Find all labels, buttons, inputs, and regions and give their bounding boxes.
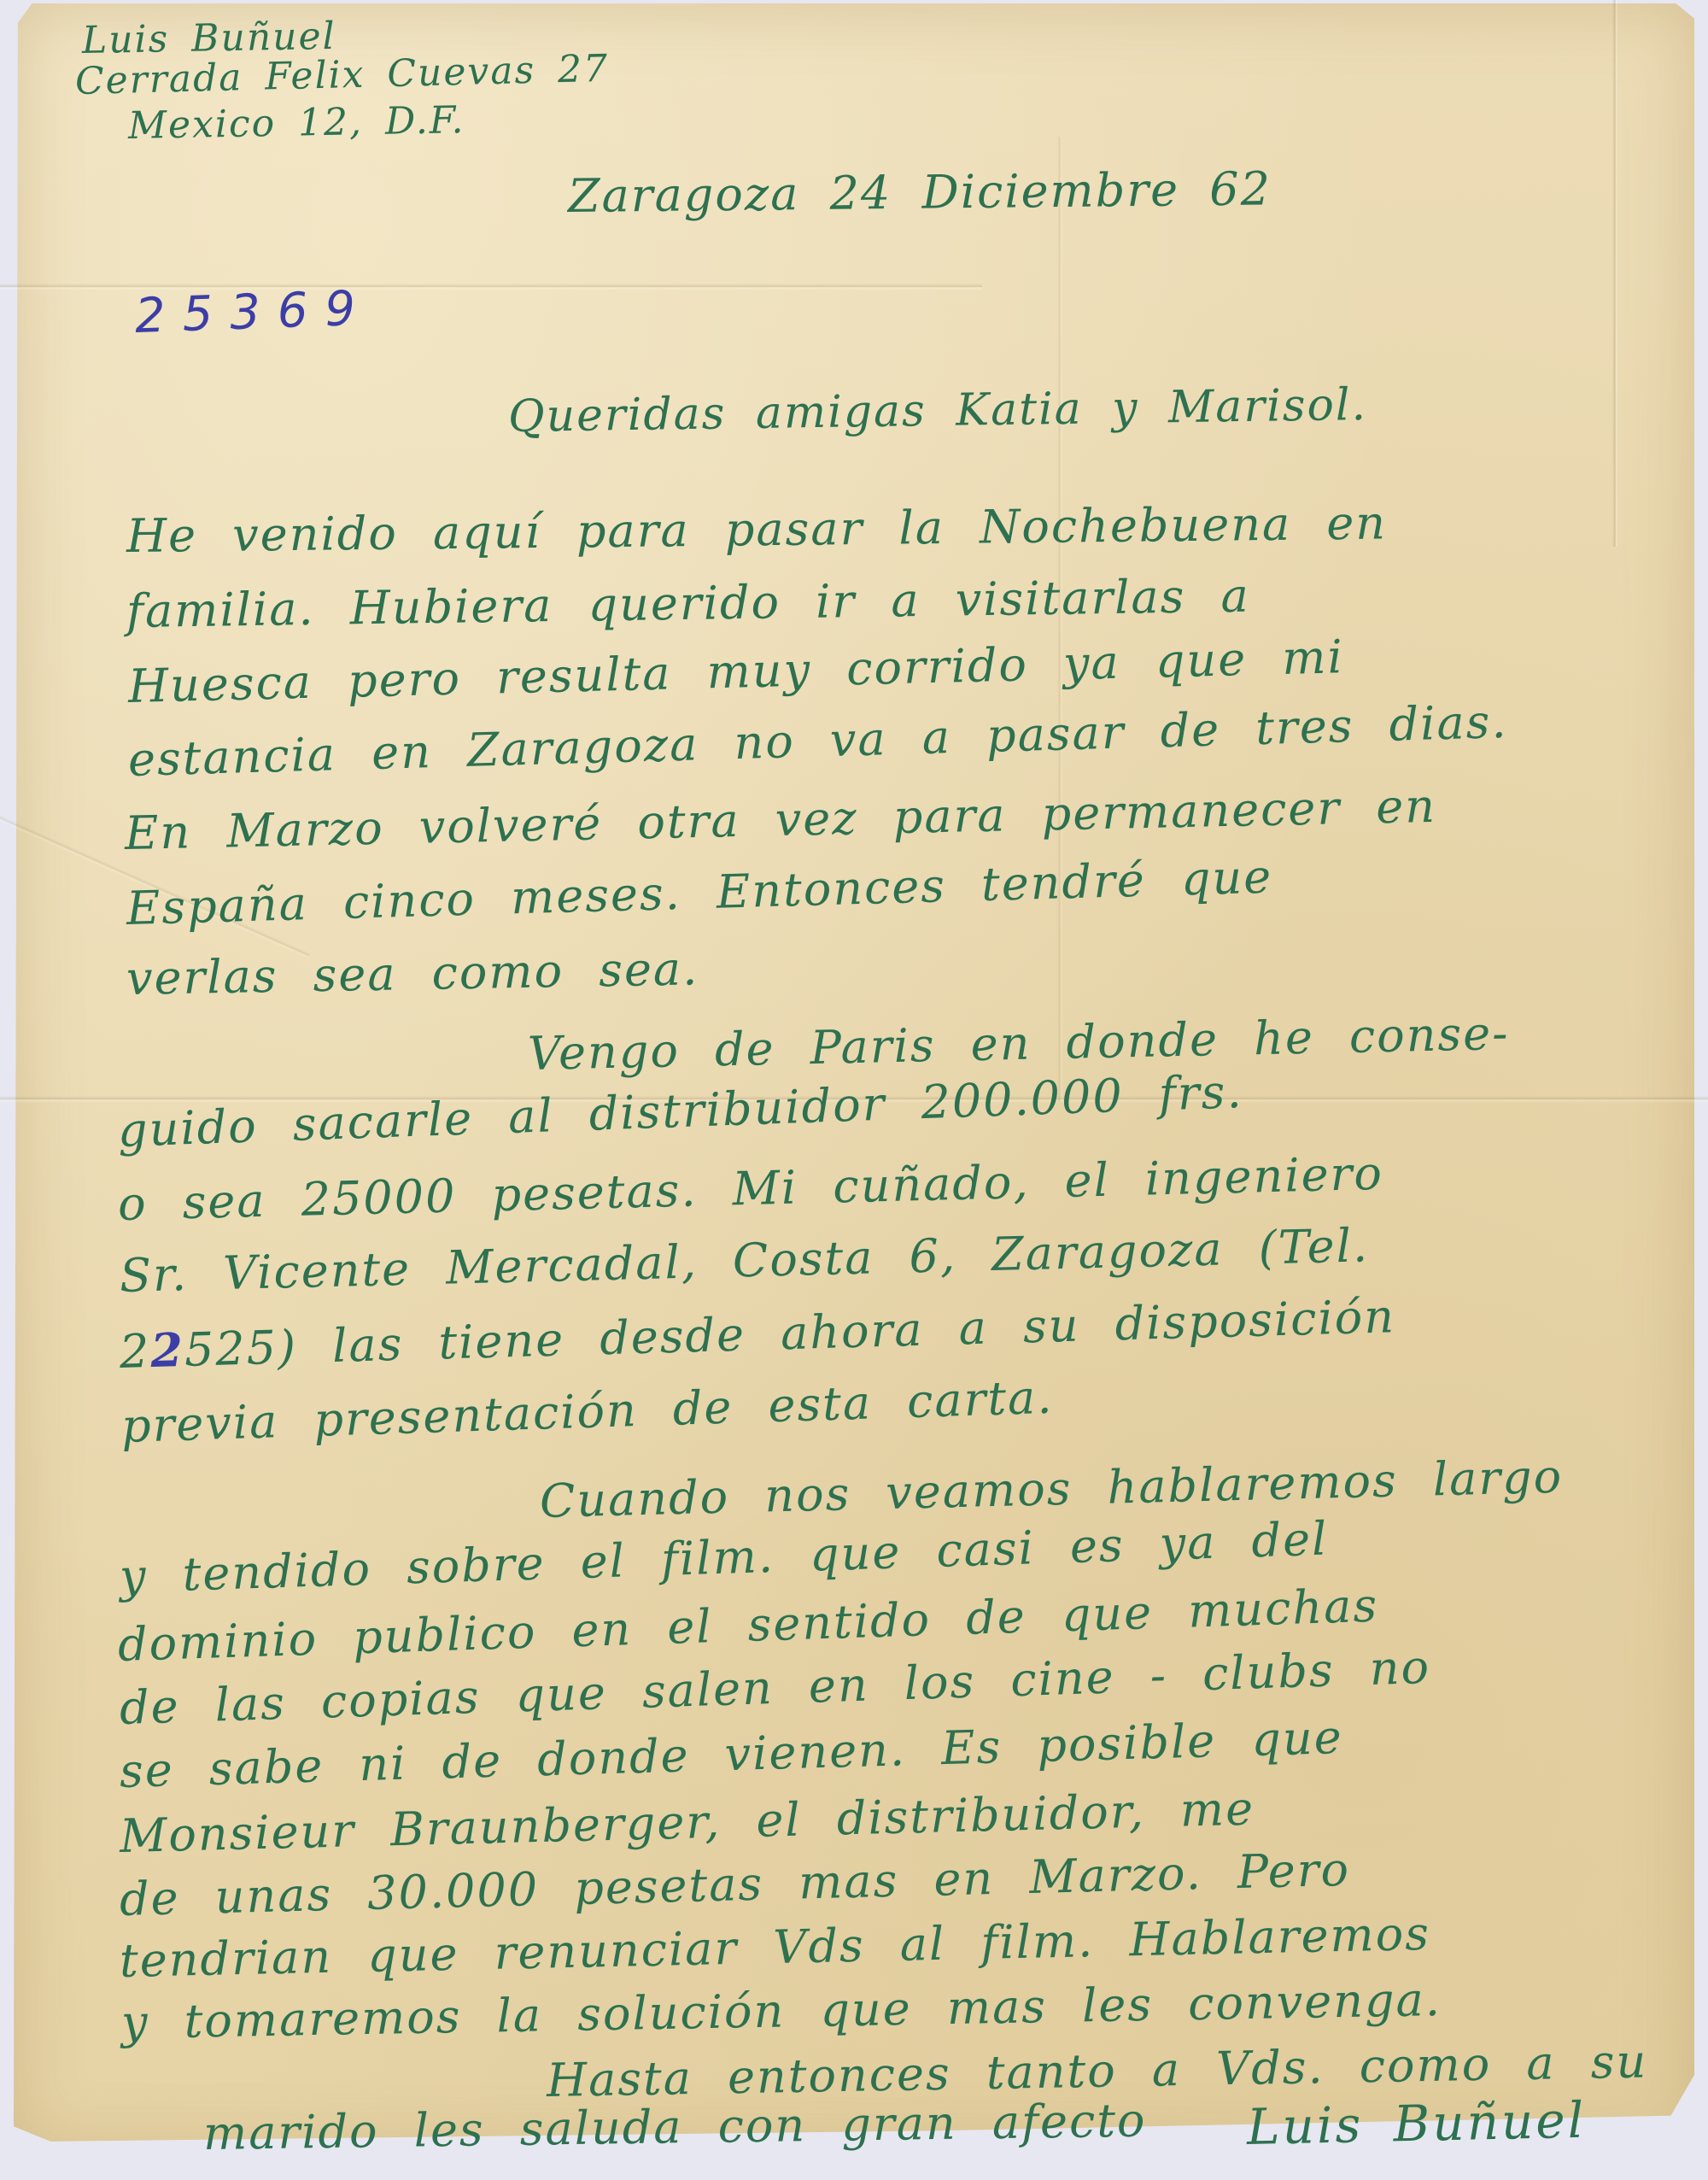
archive-number: 25369 xyxy=(134,280,373,344)
letter-line: He venido aquí para pasar la Nochebuena … xyxy=(126,496,1388,563)
scanned-letter: Luis Buñuel Cerrada Felix Cuevas 27 Mexi… xyxy=(0,0,1708,2180)
letter-line: o sea 25000 pesetas. Mi cuñado, el ingen… xyxy=(117,1146,1383,1231)
tel-green-rest: 525) las tiene desde ahora a su disposic… xyxy=(184,1289,1396,1377)
letter-line: familia. Hubiera querido ir a visitarlas… xyxy=(126,569,1251,638)
sender-city-line: Mexico 12, D.F. xyxy=(128,98,465,148)
tel-green-start: 2 xyxy=(119,1324,151,1379)
letter-line: guido sacarle al distribuidor 200.000 fr… xyxy=(117,1064,1244,1157)
salutation: Queridas amigas Katia y Marisol. xyxy=(508,379,1368,442)
letter-line: España cinco meses. Entonces tendré que xyxy=(126,850,1273,935)
letter-line: Cuando nos veamos hablaremos largo xyxy=(539,1450,1564,1528)
letter-line: Sr. Vicente Mercadal, Costa 6, Zaragoza … xyxy=(119,1218,1369,1303)
signature: Luis Buñuel xyxy=(1246,2091,1587,2156)
letter-line: Huesca pero resulta muy corrido ya que m… xyxy=(127,630,1344,713)
letter-line: y tomaremos la solución que mas les conv… xyxy=(120,1972,1442,2049)
letter-line: marido les saluda con gran afecto xyxy=(203,2094,1147,2160)
letter-line: En Marzo volveré otra vez para permanece… xyxy=(124,779,1436,860)
letter-line: verlas sea como sea. xyxy=(126,941,699,1005)
tel-blue-overwrite-digit: 2 xyxy=(149,1322,184,1378)
letter-line: previa presentación de esta carta. xyxy=(120,1370,1054,1453)
letter-content: Luis Buñuel Cerrada Felix Cuevas 27 Mexi… xyxy=(0,0,1708,2180)
tel-line: 22525) las tiene desde ahora a su dispos… xyxy=(119,1288,1396,1379)
dateline: Zaragoza 24 Diciembre 62 xyxy=(568,161,1272,223)
letter-line: Vengo de Paris en donde he conse- xyxy=(527,1006,1510,1081)
